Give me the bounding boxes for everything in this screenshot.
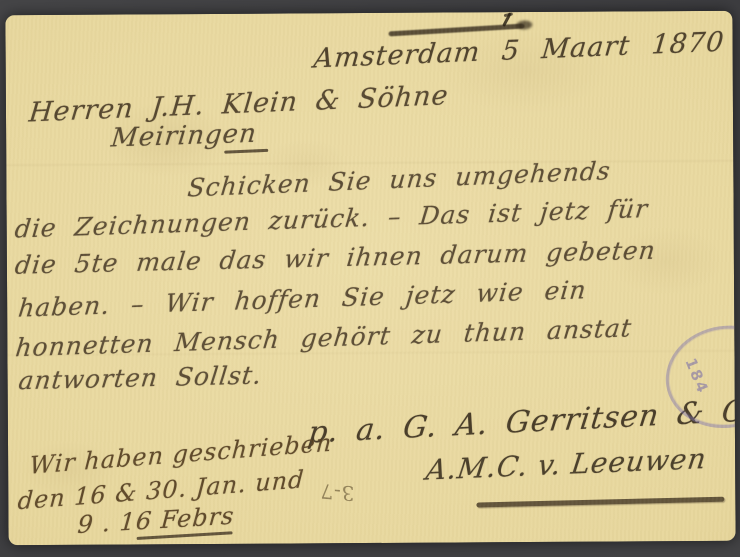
dateline: Amsterdam 5 Maart 1870 [312, 27, 726, 75]
addressee-underline [224, 149, 268, 153]
body-line: die 5te male das wir ihnen darum gebeten [13, 237, 657, 281]
postmark-text: 184 [681, 355, 712, 396]
body-line: antworten Sollst. [17, 361, 264, 396]
pencil-mark: 3-7 [319, 479, 355, 505]
signature-underline [476, 497, 724, 508]
scan-background: Amsterdam 5 Maart 1870 Herren J.H. Klein… [0, 0, 740, 557]
body-line: die Zeichnungen zurück. – Das ist jetz f… [13, 195, 649, 244]
body-line: honnetten Mensch gehört zu thun anstat [14, 314, 633, 363]
postcard: Amsterdam 5 Maart 1870 Herren J.H. Klein… [5, 11, 735, 545]
signature-person: A.M.C. v. Leeuwen [424, 443, 709, 487]
body-line: haben. – Wir hoffen Sie jetz wie ein [17, 276, 588, 323]
